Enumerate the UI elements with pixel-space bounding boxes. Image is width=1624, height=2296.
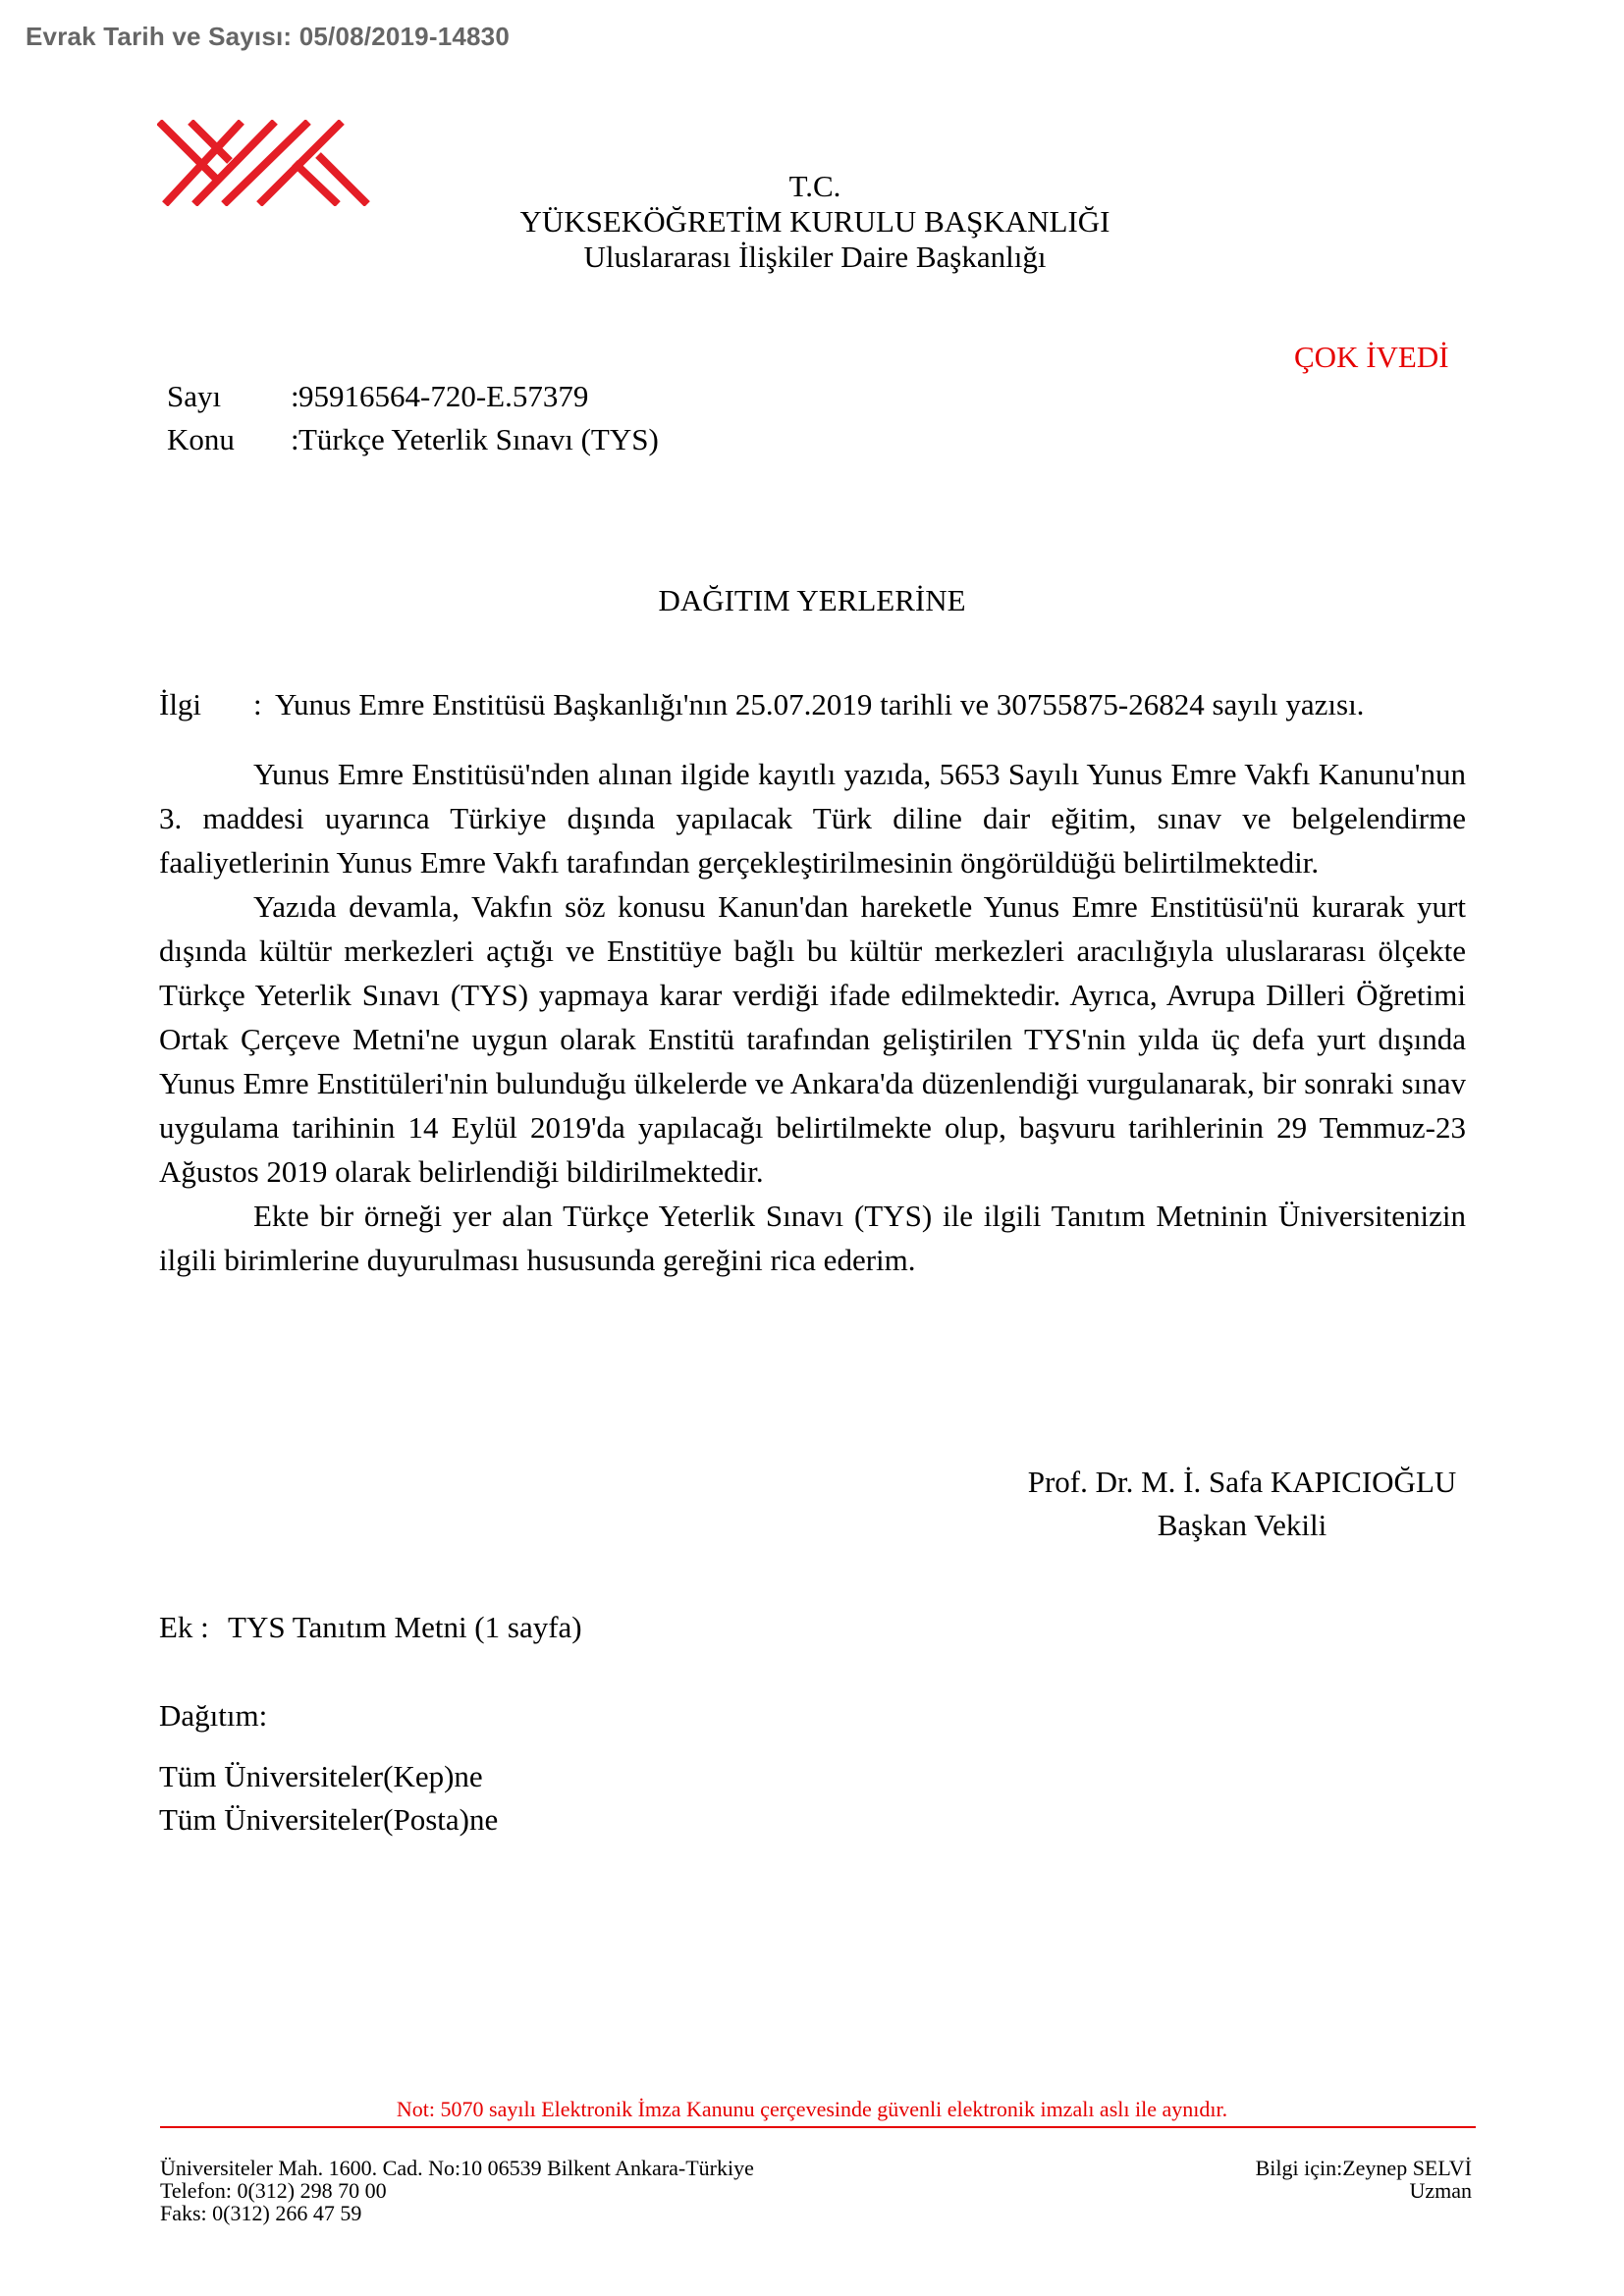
meta-subject-label: Konu [167, 418, 291, 461]
institution-header: T.C. YÜKSEKÖĞRETİM KURULU BAŞKANLIĞI Ulu… [422, 169, 1208, 275]
letter-body: Yunus Emre Enstitüsü'nden alınan ilgide … [159, 752, 1466, 1282]
body-paragraph: Ekte bir örneği yer alan Türkçe Yeterlik… [159, 1194, 1466, 1282]
meta-separator: : [291, 418, 298, 461]
distribution-title: Dağıtım: [159, 1698, 267, 1734]
distribution-item: Tüm Üniversiteler(Kep)ne [159, 1755, 498, 1798]
signatory-title: Başkan Vekili [1001, 1504, 1483, 1547]
header-country: T.C. [422, 169, 1208, 204]
footer-fax: Faks: 0(312) 266 47 59 [160, 2202, 754, 2224]
attachment-text: TYS Tanıtım Metni (1 sayfa) [228, 1610, 582, 1644]
header-department: Uluslararası İlişkiler Daire Başkanlığı [422, 240, 1208, 275]
footer-contact: Bilgi için:Zeynep SELVİ [1256, 2157, 1472, 2179]
signatory-name: Prof. Dr. M. İ. Safa KAPICIOĞLU [1001, 1461, 1483, 1504]
header-institution: YÜKSEKÖĞRETİM KURULU BAŞKANLIĞI [422, 204, 1208, 240]
distribution-list: Tüm Üniversiteler(Kep)ne Tüm Üniversitel… [159, 1755, 498, 1842]
reference-line: İlgi : Yunus Emre Enstitüsü Başkanlığı'n… [159, 687, 1364, 722]
meta-number-value: 95916564-720-E.57379 [298, 375, 588, 418]
document-date-number-stamp: Evrak Tarih ve Sayısı: 05/08/2019-14830 [26, 22, 510, 52]
body-paragraph: Yazıda devamla, Vakfın söz konusu Kanun'… [159, 884, 1466, 1194]
footer-divider [160, 2126, 1476, 2128]
footer-phone: Telefon: 0(312) 298 70 00 [160, 2179, 754, 2202]
reference-separator: : [253, 687, 275, 722]
footer-contact-block: Bilgi için:Zeynep SELVİ Uzman [1256, 2157, 1472, 2202]
signature-block: Prof. Dr. M. İ. Safa KAPICIOĞLU Başkan V… [1001, 1461, 1483, 1547]
footer-address-block: Üniversiteler Mah. 1600. Cad. No:10 0653… [160, 2157, 754, 2224]
attachment-label: Ek : [159, 1610, 209, 1644]
meta-separator: : [291, 375, 298, 418]
meta-subject-value: Türkçe Yeterlik Sınavı (TYS) [298, 418, 659, 461]
e-signature-note: Not: 5070 sayılı Elektronik İmza Kanunu … [0, 2097, 1624, 2122]
reference-text: Yunus Emre Enstitüsü Başkanlığı'nın 25.0… [275, 687, 1364, 722]
meta-number-row: Sayı : 95916564-720-E.57379 [167, 375, 659, 418]
footer-address: Üniversiteler Mah. 1600. Cad. No:10 0653… [160, 2157, 754, 2179]
urgency-badge: ÇOK İVEDİ [1294, 340, 1449, 375]
recipient-heading: DAĞITIM YERLERİNE [0, 583, 1624, 618]
body-paragraph: Yunus Emre Enstitüsü'nden alınan ilgide … [159, 752, 1466, 884]
meta-subject-row: Konu : Türkçe Yeterlik Sınavı (TYS) [167, 418, 659, 461]
footer-contact-role: Uzman [1256, 2179, 1472, 2202]
reference-label: İlgi [159, 687, 253, 722]
distribution-item: Tüm Üniversiteler(Posta)ne [159, 1798, 498, 1842]
document-meta: Sayı : 95916564-720-E.57379 Konu : Türkç… [167, 375, 659, 461]
meta-number-label: Sayı [167, 375, 291, 418]
yok-logo-icon [157, 120, 378, 206]
attachment-line: Ek : TYS Tanıtım Metni (1 sayfa) [159, 1610, 582, 1645]
